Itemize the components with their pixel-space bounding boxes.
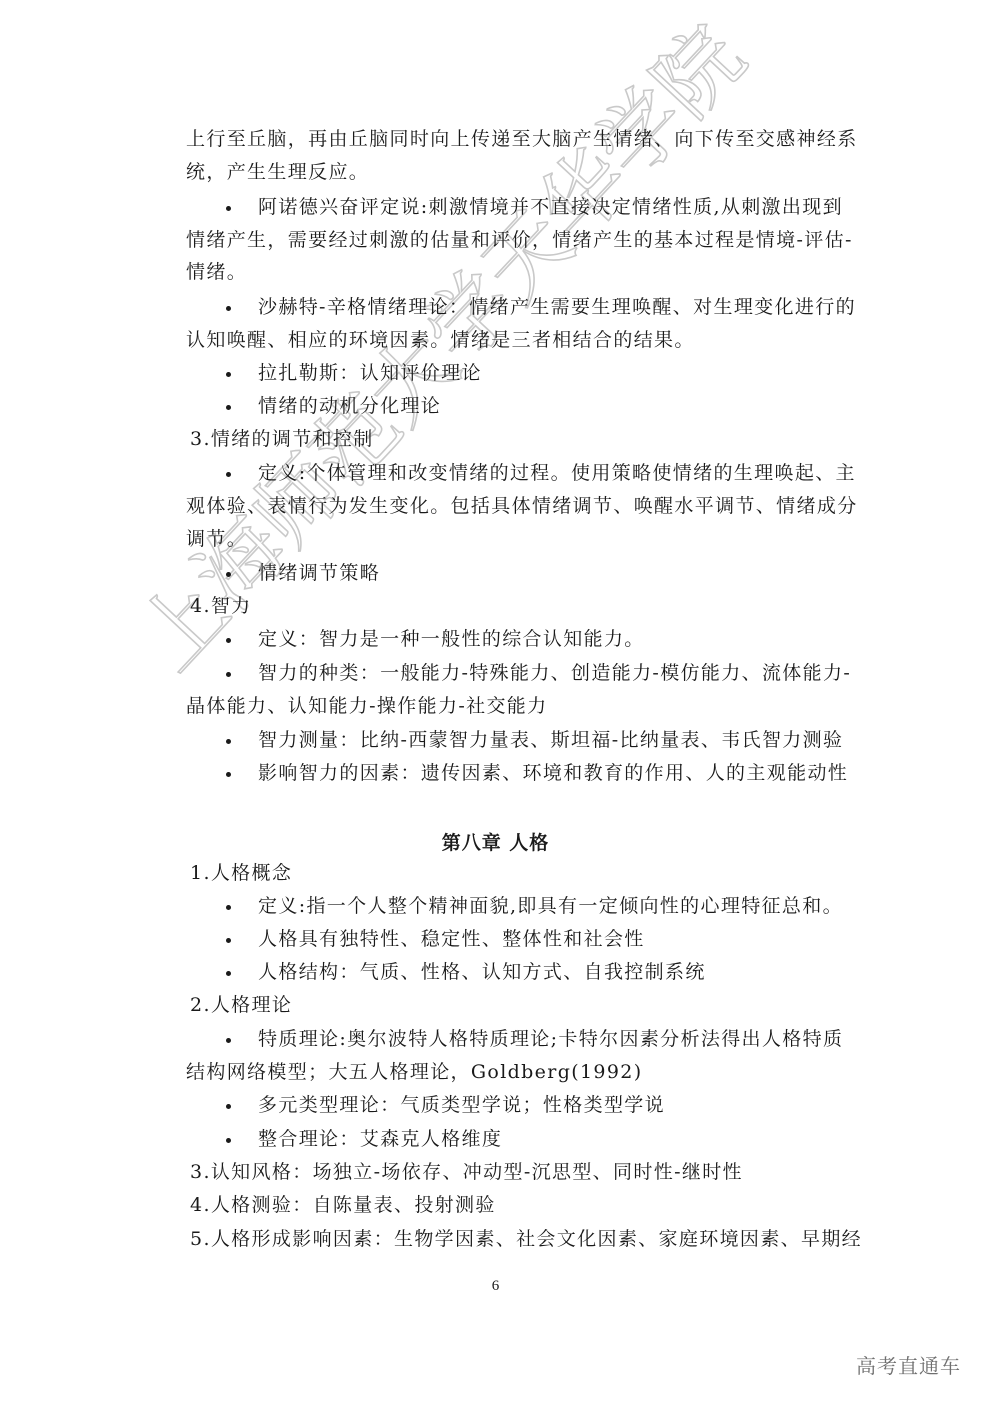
bullet-item: 智力测量：比纳-西蒙智力量表、斯坦福-比纳量表、韦氏智力测验 (258, 728, 843, 752)
bullet-icon (226, 1038, 231, 1043)
bullet-item: 沙赫特-辛格情绪理论：情绪产生需要生理唤醒、对生理变化进行的 (258, 295, 856, 319)
paragraph-line: 统，产生生理反应。 (186, 160, 369, 184)
numbered-heading: 2.人格理论 (190, 993, 292, 1017)
paragraph-line: 调节。 (186, 527, 247, 551)
bullet-icon (226, 638, 231, 643)
bullet-item: 定义:指一个人整个精神面貌,即具有一定倾向性的心理特征总和。 (258, 894, 843, 918)
bullet-item: 人格结构：气质、性格、认知方式、自我控制系统 (258, 960, 706, 984)
paragraph-line: 认知唤醒、相应的环境因素。情绪是三者相结合的结果。 (186, 328, 695, 352)
bullet-item: 人格具有独特性、稳定性、整体性和社会性 (258, 927, 645, 951)
bullet-item: 整合理论：艾森克人格维度 (258, 1127, 502, 1151)
paragraph-line: 结构网络模型；大五人格理论，Goldberg(1992) (186, 1060, 643, 1084)
bullet-icon (226, 905, 231, 910)
bullet-icon (226, 739, 231, 744)
bullet-icon (226, 1138, 231, 1143)
numbered-heading: 1.人格概念 (190, 861, 292, 885)
bullet-icon (226, 971, 231, 976)
paragraph-line: 情绪。 (186, 260, 247, 284)
paragraph-line: 上行至丘脑，再由丘脑同时向上传递至大脑产生情绪、向下传至交感神经系 (186, 127, 858, 151)
bullet-icon (226, 772, 231, 777)
numbered-heading: 4.智力 (190, 594, 252, 618)
paragraph-line: 晶体能力、认知能力-操作能力-社交能力 (186, 694, 548, 718)
bullet-item: 特质理论:奥尔波特人格特质理论;卡特尔因素分析法得出人格特质 (258, 1027, 843, 1051)
bullet-icon (226, 472, 231, 477)
paragraph-line: 情绪产生，需要经过刺激的估量和评价，情绪产生的基本过程是情境-评估- (186, 228, 853, 252)
paragraph-line: 观体验、表情行为发生变化。包括具体情绪调节、唤醒水平调节、情绪成分 (186, 494, 858, 518)
bullet-icon (226, 672, 231, 677)
bullet-icon (226, 306, 231, 311)
bullet-item: 多元类型理论：气质类型学说；性格类型学说 (258, 1093, 665, 1117)
bullet-icon (226, 938, 231, 943)
bullet-icon (226, 405, 231, 410)
bullet-icon (226, 206, 231, 211)
numbered-heading: 5.人格形成影响因素：生物学因素、社会文化因素、家庭环境因素、早期经 (190, 1227, 862, 1251)
chapter-title: 第八章 人格 (0, 828, 991, 855)
document-page: 上海师范大学天华学院 上行至丘脑，再由丘脑同时向上传递至大脑产生情绪、向下传至交… (0, 0, 991, 1403)
bullet-item: 定义：智力是一种一般性的综合认知能力。 (258, 627, 645, 651)
bullet-item: 拉扎勒斯：认知评价理论 (258, 361, 482, 385)
bullet-item: 定义:个体管理和改变情绪的过程。使用策略使情绪的生理唤起、主 (258, 461, 856, 485)
page-number: 6 (0, 1278, 991, 1295)
bullet-icon (226, 372, 231, 377)
footer-brand-logo: 高考直通车 (856, 1350, 961, 1379)
bullet-icon (226, 572, 231, 577)
numbered-heading: 3.情绪的调节和控制 (190, 427, 374, 451)
bullet-item: 阿诺德兴奋评定说:刺激情境并不直接决定情绪性质,从刺激出现到 (258, 195, 843, 219)
numbered-heading: 4.人格测验：自陈量表、投射测验 (190, 1193, 496, 1217)
bullet-item: 情绪的动机分化理论 (258, 394, 441, 418)
bullet-item: 情绪调节策略 (258, 561, 380, 585)
bullet-item: 影响智力的因素：遗传因素、环境和教育的作用、人的主观能动性 (258, 761, 848, 785)
numbered-heading: 3.认知风格：场独立-场依存、冲动型-沉思型、同时性-继时性 (190, 1160, 743, 1184)
bullet-item: 智力的种类：一般能力-特殊能力、创造能力-模仿能力、流体能力- (258, 661, 851, 685)
bullet-icon (226, 1104, 231, 1109)
